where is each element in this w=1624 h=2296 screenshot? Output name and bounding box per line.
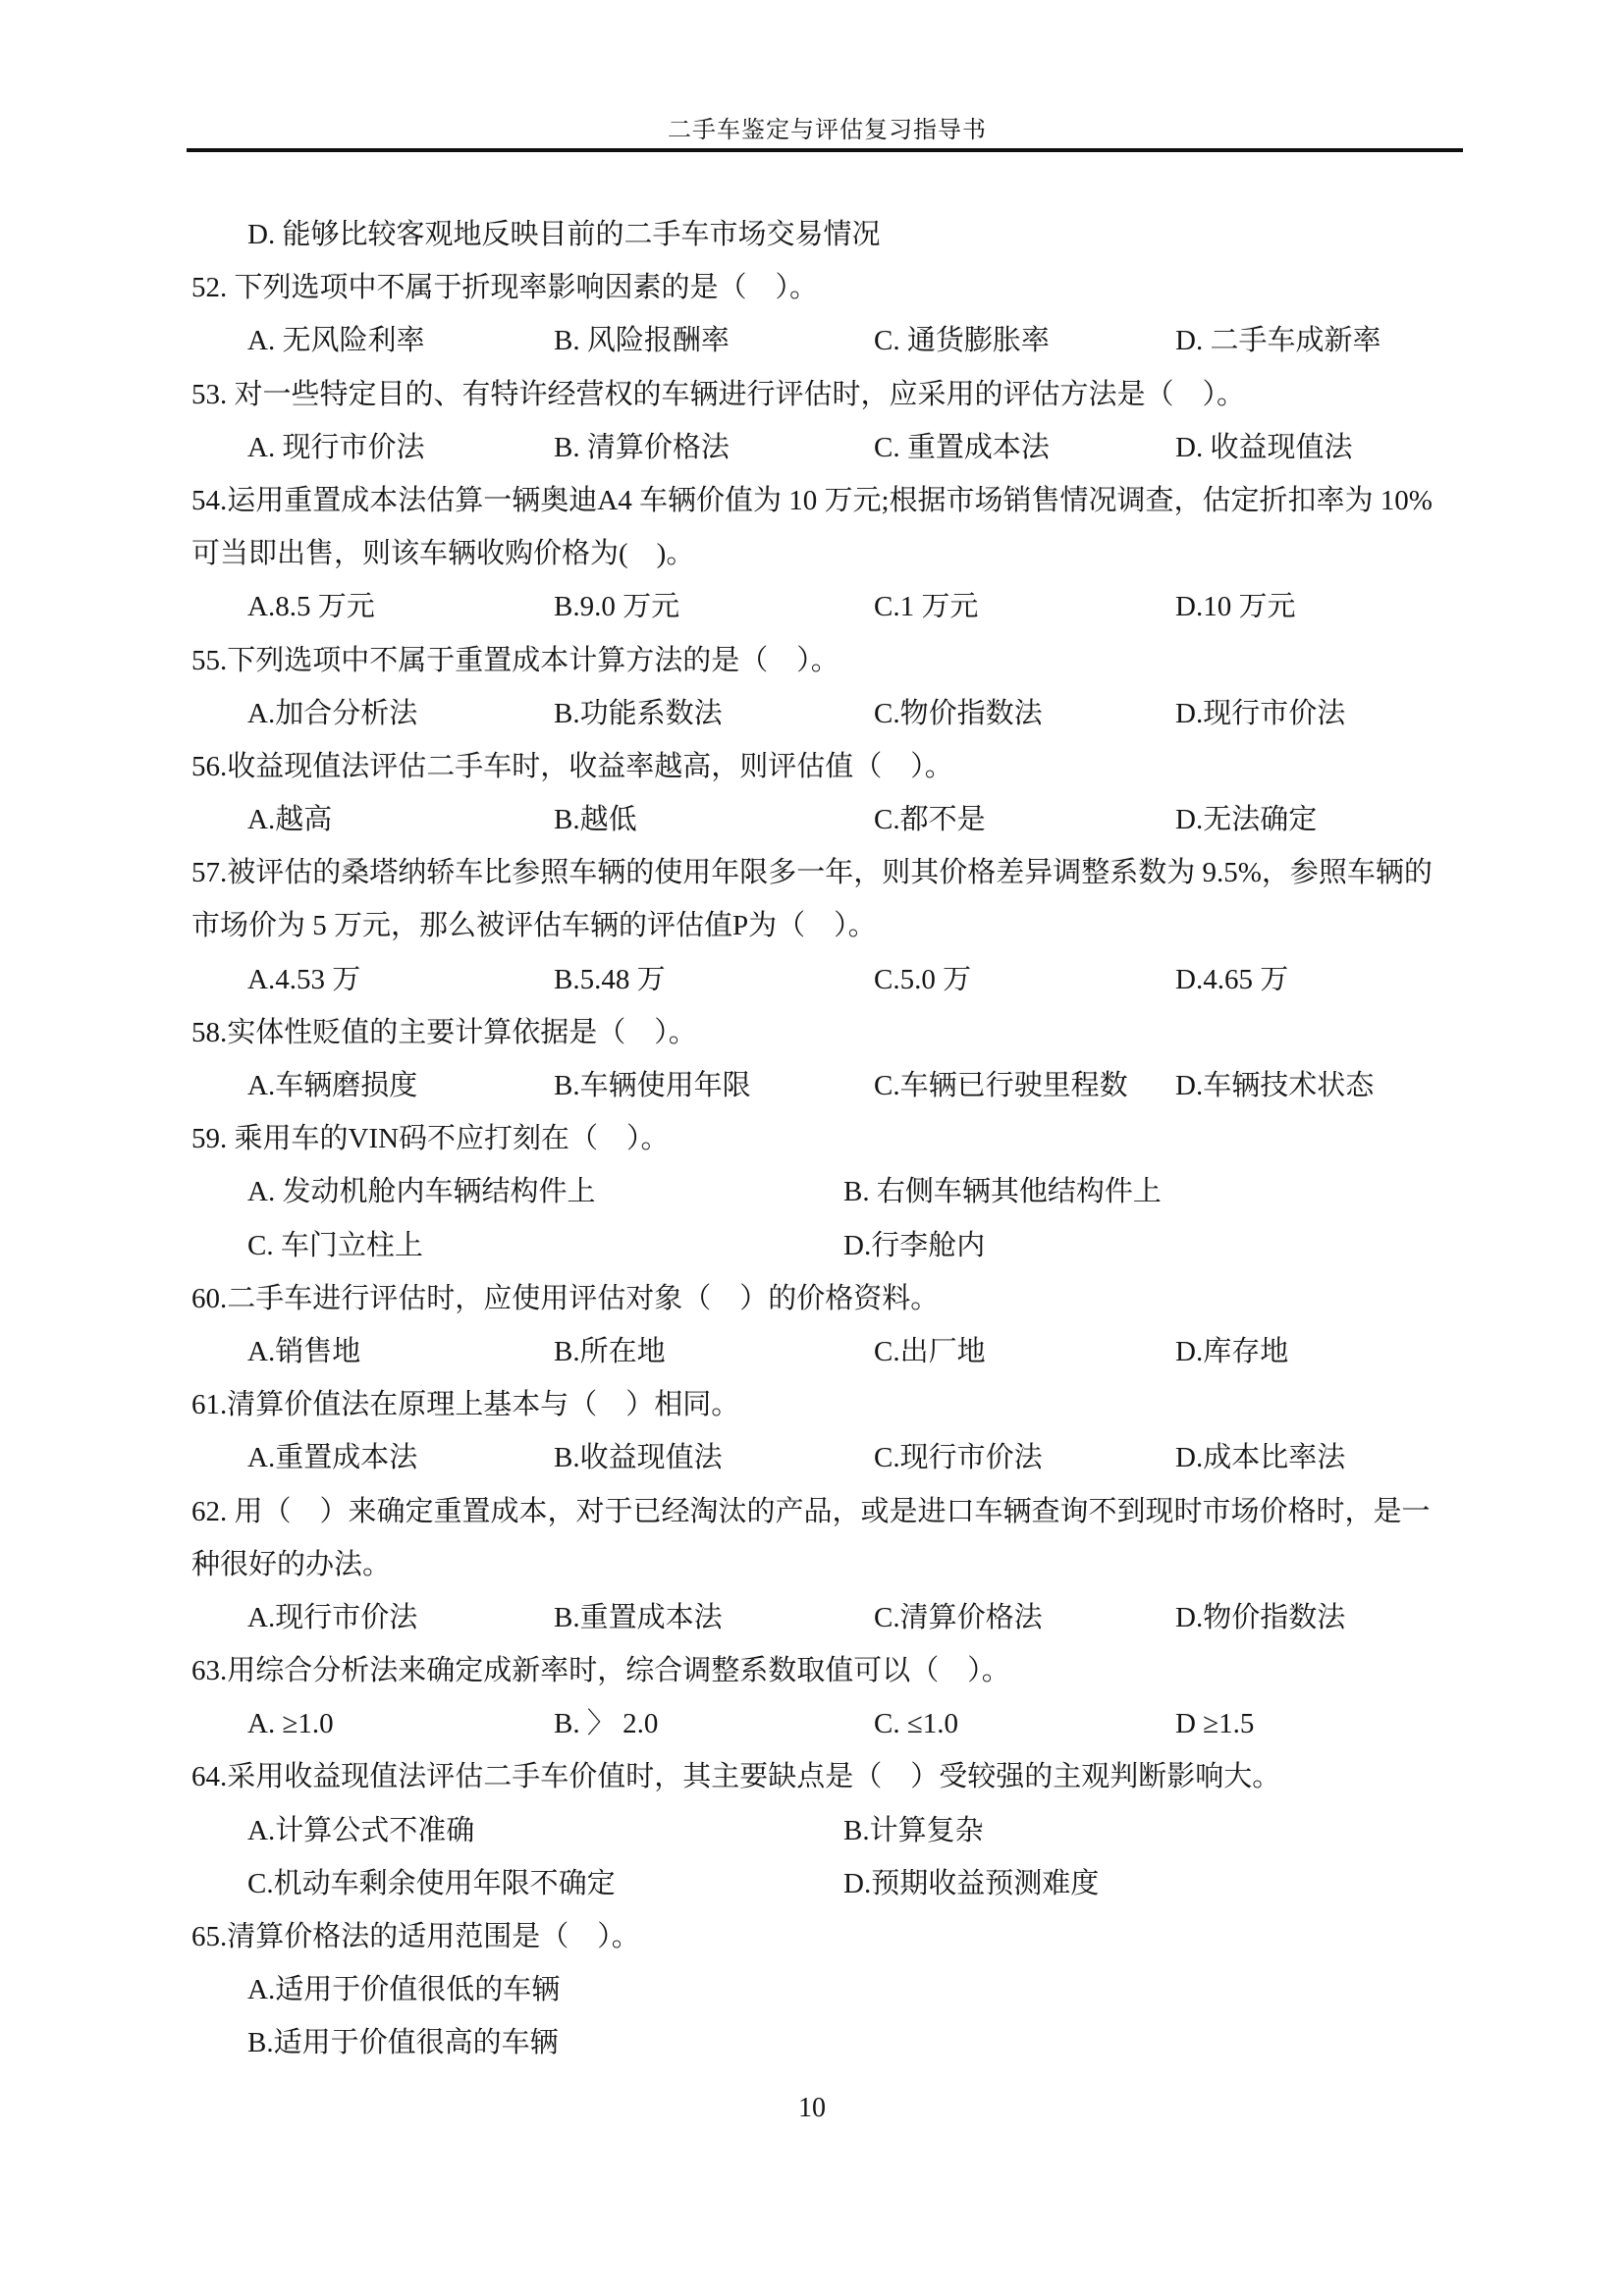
page-number: 10 — [0, 2089, 1624, 2128]
question-53-option-b: B. 清算价格法 — [554, 421, 874, 474]
question-65-option-a: A.适用于价值很低的车辆 — [191, 1963, 1463, 2016]
question-64-options-row-cd: C.机动车剩余使用年限不确定 D.预期收益预测难度 — [191, 1857, 1463, 1910]
question-51-option-d: D. 能够比较客观地反映目前的二手车市场交易情况 — [191, 208, 1463, 261]
option-text: D. 能够比较客观地反映目前的二手车市场交易情况 — [247, 219, 880, 250]
question-55-option-b: B.功能系数法 — [554, 687, 874, 740]
question-61-option-a: A.重置成本法 — [247, 1431, 554, 1484]
question-56-options-row: A.越高 B.越低 C.都不是 D.无法确定 — [191, 793, 1463, 846]
question-65-stem: 65.清算价格法的适用范围是（ ）。 — [191, 1910, 1463, 1963]
question-63-option-d: D ≥1.5 — [1175, 1697, 1463, 1750]
question-59-option-a: A. 发动机舱内车辆结构件上 — [247, 1165, 843, 1218]
question-57-options-row: A.4.53 万 B.5.48 万 C.5.0 万 D.4.65 万 — [191, 953, 1463, 1006]
question-54-stem-line-2: 可当即出售，则该车辆收购价格为( )。 — [191, 527, 1463, 580]
question-52-stem: 52. 下列选项中不属于折现率影响因素的是（ ）。 — [191, 261, 1463, 314]
question-57-option-d: D.4.65 万 — [1175, 953, 1463, 1006]
question-62-option-b: B.重置成本法 — [554, 1591, 874, 1644]
question-62-option-a: A.现行市价法 — [247, 1591, 554, 1644]
question-63-options-row: A. ≥1.0 B. 〉 2.0 C. ≤1.0 D ≥1.5 — [191, 1697, 1463, 1750]
question-53-stem: 53. 对一些特定目的、有特许经营权的车辆进行评估时，应采用的评估方法是（ ）。 — [191, 368, 1463, 421]
question-56-option-c: C.都不是 — [874, 793, 1175, 846]
question-59-options-row-ab: A. 发动机舱内车辆结构件上 B. 右侧车辆其他结构件上 — [191, 1165, 1463, 1218]
question-57-option-b: B.5.48 万 — [554, 953, 874, 1006]
question-52-option-a: A. 无风险利率 — [247, 314, 554, 367]
question-60-stem: 60.二手车进行评估时，应使用评估对象（ ）的价格资料。 — [191, 1272, 1463, 1325]
question-61-option-c: C.现行市价法 — [874, 1431, 1175, 1484]
option-text: A.适用于价值很低的车辆 — [247, 1974, 560, 2005]
question-56-option-a: A.越高 — [247, 793, 554, 846]
question-52-option-b: B. 风险报酬率 — [554, 314, 874, 367]
question-58-option-a: A.车辆磨损度 — [247, 1059, 554, 1112]
question-58-option-c: C.车辆已行驶里程数 — [874, 1059, 1175, 1112]
question-55-options-row: A.加合分析法 B.功能系数法 C.物价指数法 D.现行市价法 — [191, 687, 1463, 740]
question-58-stem: 58.实体性贬值的主要计算依据是（ ）。 — [191, 1006, 1463, 1059]
question-56-option-b: B.越低 — [554, 793, 874, 846]
question-52-option-d: D. 二手车成新率 — [1175, 314, 1463, 367]
question-53-option-a: A. 现行市价法 — [247, 421, 554, 474]
question-63-option-b: B. 〉 2.0 — [554, 1697, 874, 1750]
question-57-stem-line-1: 57.被评估的桑塔纳轿车比参照车辆的使用年限多一年，则其价格差异调整系数为 9.… — [191, 846, 1463, 899]
question-60-option-b: B.所在地 — [554, 1325, 874, 1378]
question-54-options-row: A.8.5 万元 B.9.0 万元 C.1 万元 D.10 万元 — [191, 580, 1463, 633]
question-60-option-d: D.库存地 — [1175, 1325, 1463, 1378]
question-53-option-c: C. 重置成本法 — [874, 421, 1175, 474]
question-65-option-b: B.适用于价值很高的车辆 — [191, 2016, 1463, 2069]
question-64-option-d: D.预期收益预测难度 — [843, 1857, 1463, 1910]
question-61-stem: 61.清算价值法在原理上基本与（ ）相同。 — [191, 1378, 1463, 1431]
question-64-options-row-ab: A.计算公式不准确 B.计算复杂 — [191, 1804, 1463, 1857]
question-59-options-row-cd: C. 车门立柱上 D.行李舱内 — [191, 1219, 1463, 1272]
question-59-option-c: C. 车门立柱上 — [247, 1219, 843, 1272]
question-58-option-b: B.车辆使用年限 — [554, 1059, 874, 1112]
question-60-options-row: A.销售地 B.所在地 C.出厂地 D.库存地 — [191, 1325, 1463, 1378]
question-55-option-c: C.物价指数法 — [874, 687, 1175, 740]
question-64-option-a: A.计算公式不准确 — [247, 1804, 843, 1857]
question-62-stem-line-2: 种很好的办法。 — [191, 1538, 1463, 1591]
question-54-stem-line-1: 54.运用重置成本法估算一辆奥迪A4 车辆价值为 10 万元;根据市场销售情况调… — [191, 474, 1463, 527]
question-57-option-c: C.5.0 万 — [874, 953, 1175, 1006]
question-55-option-a: A.加合分析法 — [247, 687, 554, 740]
question-62-option-c: C.清算价格法 — [874, 1591, 1175, 1644]
question-61-option-b: B.收益现值法 — [554, 1431, 874, 1484]
document-page: 二手车鉴定与评估复习指导书 D. 能够比较客观地反映目前的二手车市场交易情况 5… — [0, 0, 1624, 2296]
question-63-option-a: A. ≥1.0 — [247, 1697, 554, 1750]
question-59-stem: 59. 乘用车的VIN码不应打刻在（ ）。 — [191, 1112, 1463, 1165]
question-56-stem: 56.收益现值法评估二手车时，收益率越高，则评估值（ ）。 — [191, 740, 1463, 793]
question-54-option-c: C.1 万元 — [874, 580, 1175, 633]
question-52-option-c: C. 通货膨胀率 — [874, 314, 1175, 367]
question-55-stem: 55.下列选项中不属于重置成本计算方法的是（ ）。 — [191, 634, 1463, 687]
question-59-option-b: B. 右侧车辆其他结构件上 — [843, 1165, 1463, 1218]
question-list: D. 能够比较客观地反映目前的二手车市场交易情况 52. 下列选项中不属于折现率… — [191, 208, 1463, 2070]
question-55-option-d: D.现行市价法 — [1175, 687, 1463, 740]
question-59-option-d: D.行李舱内 — [843, 1219, 1463, 1272]
question-60-option-c: C.出厂地 — [874, 1325, 1175, 1378]
question-63-stem: 63.用综合分析法来确定成新率时，综合调整系数取值可以（ ）。 — [191, 1644, 1463, 1697]
question-61-options-row: A.重置成本法 B.收益现值法 C.现行市价法 D.成本比率法 — [191, 1431, 1463, 1484]
header-rule — [187, 148, 1463, 152]
question-61-option-d: D.成本比率法 — [1175, 1431, 1463, 1484]
question-57-option-a: A.4.53 万 — [247, 953, 554, 1006]
question-56-option-d: D.无法确定 — [1175, 793, 1463, 846]
question-64-option-c: C.机动车剩余使用年限不确定 — [247, 1857, 843, 1910]
question-62-option-d: D.物价指数法 — [1175, 1591, 1463, 1644]
question-53-option-d: D. 收益现值法 — [1175, 421, 1463, 474]
question-54-option-d: D.10 万元 — [1175, 580, 1463, 633]
question-52-options-row: A. 无风险利率 B. 风险报酬率 C. 通货膨胀率 D. 二手车成新率 — [191, 314, 1463, 367]
question-64-option-b: B.计算复杂 — [843, 1804, 1463, 1857]
question-53-options-row: A. 现行市价法 B. 清算价格法 C. 重置成本法 D. 收益现值法 — [191, 421, 1463, 474]
question-63-option-c: C. ≤1.0 — [874, 1697, 1175, 1750]
question-64-stem: 64.采用收益现值法评估二手车价值时，其主要缺点是（ ）受较强的主观判断影响大。 — [191, 1750, 1463, 1803]
question-60-option-a: A.销售地 — [247, 1325, 554, 1378]
question-58-option-d: D.车辆技术状态 — [1175, 1059, 1463, 1112]
question-62-options-row: A.现行市价法 B.重置成本法 C.清算价格法 D.物价指数法 — [191, 1591, 1463, 1644]
question-62-stem-line-1: 62. 用（ ）来确定重置成本，对于已经淘汰的产品，或是进口车辆查询不到现时市场… — [191, 1485, 1463, 1538]
question-57-stem-line-2: 市场价为 5 万元，那么被评估车辆的评估值P为（ ）。 — [191, 899, 1463, 952]
question-54-option-a: A.8.5 万元 — [247, 580, 554, 633]
question-54-option-b: B.9.0 万元 — [554, 580, 874, 633]
header-title: 二手车鉴定与评估复习指导书 — [191, 114, 1463, 147]
question-58-options-row: A.车辆磨损度 B.车辆使用年限 C.车辆已行驶里程数 D.车辆技术状态 — [191, 1059, 1463, 1112]
option-text: B.适用于价值很高的车辆 — [247, 2027, 559, 2058]
